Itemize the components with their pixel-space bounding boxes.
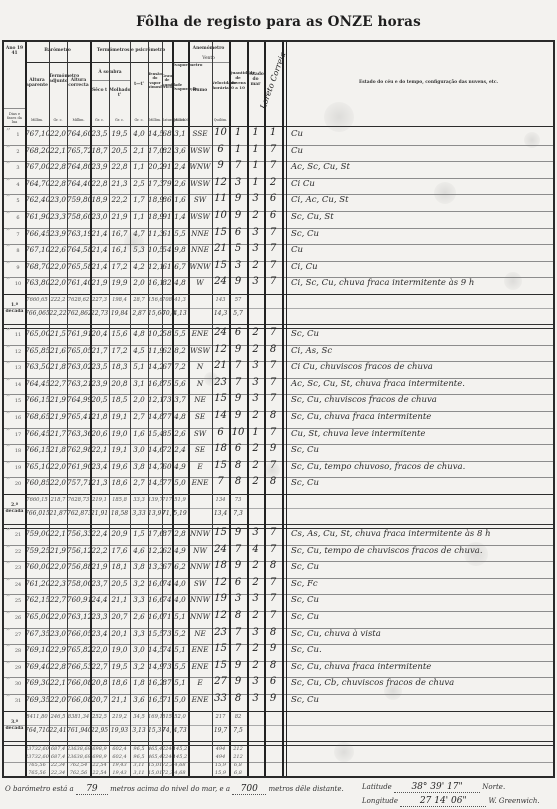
cell-evap: 3,6 [172, 146, 188, 155]
cell-tadj: 22,3 [49, 579, 67, 588]
cell-obs: 8 [264, 660, 282, 671]
cell-tadj: 22,0 [49, 612, 67, 621]
cell-seco: 23,5 [90, 362, 109, 371]
cell-grau: 82 [162, 146, 172, 155]
register-sheet: Ano 19 41Dias e fases da luaBarómetroAlt… [2, 40, 555, 778]
cell-seco: 22,4 [90, 529, 109, 538]
cell-tadj: 22,0 [49, 478, 67, 487]
cell-dt: 3,2 [130, 662, 148, 671]
cell-molh: 18,6 [109, 678, 130, 687]
cell-rumo: ENE [188, 695, 212, 704]
table-row: ”10763,8022,0761,4021,919,92,016,1824,8W… [4, 277, 553, 293]
cell-molh: 18,3 [109, 362, 130, 371]
cell-obs: 7 [264, 577, 282, 588]
cell-dt: 2,5 [130, 179, 148, 188]
monthly-value: 23638,69 [67, 754, 90, 760]
cell-dt: 1,8 [130, 678, 148, 687]
cell-rumo: ENE [188, 478, 212, 487]
day-number: 27 [11, 632, 25, 638]
cell-tadj: 22,6 [49, 245, 67, 254]
decade-sum: 198,4 [109, 297, 130, 303]
cell-vel: 11 [212, 193, 229, 204]
ditto-mark: ” [6, 661, 11, 671]
cell-corr: 763,36 [67, 429, 90, 438]
header-unit: Millim. [148, 118, 162, 123]
cell-nuv: 1 [229, 144, 247, 155]
sky-remark: Sc, Cu, chuviscos fracos de chuva [291, 395, 437, 405]
cell-corr: 763,19 [67, 229, 90, 238]
monthly-value: 15,01 [148, 770, 162, 776]
cell-tens: 10,2 [148, 329, 162, 338]
cell-rumo: SE [188, 412, 212, 421]
cell-corr: 758,00 [67, 579, 90, 588]
sky-remark: Sc, Cu [291, 595, 319, 605]
decade-mean: 15,37 [148, 727, 162, 734]
cell-dt: 3,8 [130, 562, 148, 571]
cell-rumo: NNE [188, 245, 212, 254]
cell-dt: 3,0 [130, 645, 148, 654]
cell-seco: 20,6 [90, 429, 109, 438]
monthly-value: 96,5 [130, 746, 148, 752]
cell-alt: 766,45 [25, 229, 49, 238]
decade-sum: 156,6 [148, 297, 162, 303]
sky-remark: Sc, Cu [291, 229, 319, 239]
decade-sum: 7660,15 [25, 497, 49, 503]
cell-grau: 77 [162, 478, 172, 487]
cell-alt: 763,80 [25, 278, 49, 287]
decade-label: 3.ª década [4, 720, 25, 732]
cell-rumo: W [188, 278, 212, 287]
cell-corr: 756,33 [67, 529, 90, 538]
ditto-mark: ” [6, 611, 11, 621]
cell-rumo: WSW [188, 346, 212, 355]
cell-mar: 3 [247, 227, 264, 238]
decade-sum: 139,7 [148, 497, 162, 503]
cell-rumo: NNW [188, 595, 212, 604]
monthly-value: 212 [229, 746, 247, 752]
cell-seco: 21,4 [90, 262, 109, 271]
decade-mean: 762,873 [67, 510, 90, 517]
cell-corr: 765,58 [67, 262, 90, 271]
decade-label: 1.ª década [4, 303, 25, 315]
monthly-value: 698,9 [90, 754, 109, 760]
cell-obs: 7 [264, 377, 282, 388]
cell-evap: 5,1 [172, 612, 188, 621]
decade-mean: 18,58 [109, 510, 130, 517]
cell-obs: 7 [264, 276, 282, 287]
cell-molh: 21,3 [109, 179, 130, 188]
cell-obs: 7 [264, 593, 282, 604]
cell-mar: 1 [247, 427, 264, 438]
sky-remark: Sc, Cu, chuva fraca intermitente [291, 412, 431, 422]
decade-sum: 7660,65 [25, 297, 49, 303]
decade-sum: 134 [212, 497, 229, 503]
decade-mean: 19,7 [212, 727, 229, 734]
cell-evap: 9,8 [172, 245, 188, 254]
cell-rumo: E [188, 678, 212, 687]
cell-tens: 14,5 [148, 129, 162, 138]
cell-mar: 3 [247, 193, 264, 204]
sky-remark: Sc, Cu [291, 478, 319, 488]
cell-mar: 2 [247, 610, 264, 621]
cell-dt: 3,1 [130, 379, 148, 388]
longitude-label: Longitude [362, 797, 398, 805]
cell-grau: 79 [162, 179, 172, 188]
monthly-value: 2240 [162, 754, 172, 760]
day-number: 21 [11, 532, 25, 538]
cell-corr: 764,40 [67, 179, 90, 188]
cell-nuv: 9 [229, 527, 247, 538]
longitude-line: Longitude 27 14' 06" W. Greenwich. [362, 796, 540, 807]
cell-obs: 7 [264, 544, 282, 555]
cell-obs: 9 [264, 693, 282, 704]
day-number: 9 [11, 265, 25, 271]
cell-vel: 23 [212, 627, 229, 638]
cell-evap: 2,6 [172, 179, 188, 188]
cell-alt: 769,10 [25, 645, 49, 654]
table-row: ”8767,1022,6764,5821,416,15,310,5549,8NN… [4, 244, 553, 260]
table-row: ”18766,1521,8762,9822,119,13,014,6722,4S… [4, 444, 553, 460]
cell-evap: 1,4 [172, 212, 188, 221]
cell-obs: 6 [264, 193, 282, 204]
cell-obs: 9 [264, 643, 282, 654]
cell-seco: 21,7 [90, 346, 109, 355]
barometer-prefix: O barómetro está a [5, 785, 74, 793]
cell-corr: 761,90 [67, 462, 90, 471]
cell-rumo: NNE [188, 229, 212, 238]
decade-mean: 761,940 [67, 727, 90, 734]
cell-mar: 2 [247, 443, 264, 454]
sky-remark: Ci, Sc, Cu, chuva fraca intermitente às … [291, 278, 474, 288]
cell-seco: 20,4 [90, 329, 109, 338]
cell-vel: 14 [212, 410, 229, 421]
decade-sum: 222,2 [49, 297, 67, 303]
barometer-altitude: 79 [76, 784, 108, 795]
cell-tadj: 21,9 [49, 412, 67, 421]
cell-dt: 2,7 [130, 478, 148, 487]
cell-evap: 4,8 [172, 412, 188, 421]
header-unit: Gr. c. [49, 118, 67, 123]
day-number: 20 [11, 481, 25, 487]
cell-mar: 3 [247, 377, 264, 388]
sky-remark: Sc, Cu, chuva à vista [291, 629, 381, 639]
table-row: ”4764,7022,8764,4022,821,32,517,3792,6WS… [4, 178, 553, 194]
sky-remark: Ci, Ac, Cu, St [291, 195, 349, 205]
cell-rumo: N [188, 362, 212, 371]
cell-tadj: 21,9 [49, 395, 67, 404]
cell-alt: 759,00 [25, 529, 49, 538]
cell-rumo: SSE [188, 129, 212, 138]
cell-grau: 62 [162, 546, 172, 555]
decade-sum: 82 [229, 714, 247, 720]
cell-nuv: 7 [229, 544, 247, 555]
cell-rumo: NNW [188, 562, 212, 571]
column-rule [162, 42, 163, 776]
cell-rumo: WSW [188, 212, 212, 221]
decade-mean: 21,87 [49, 510, 67, 517]
cell-tens: 17,0 [148, 146, 162, 155]
monthly-mid-rule [4, 762, 553, 763]
cell-dt: 2,7 [130, 412, 148, 421]
decade-mean: 13,4 [212, 510, 229, 517]
cell-obs: 8 [264, 560, 282, 571]
monthly-value: 15,9 [212, 770, 229, 776]
day-number: 12 [11, 349, 25, 355]
ditto-mark: ” [6, 528, 11, 538]
cell-grau: 61 [162, 262, 172, 271]
monthly-value: 212 [229, 754, 247, 760]
cell-molh: 21,1 [109, 695, 130, 704]
decade-mean: 13,97 [148, 510, 162, 517]
cell-alt: 769,35 [25, 695, 49, 704]
monthly-value: 602,4 [109, 746, 130, 752]
decade-mid-rule [4, 508, 553, 509]
cell-grau: 74 [162, 579, 172, 588]
cell-seco: 23,7 [90, 579, 109, 588]
cell-tens: 14,8 [148, 412, 162, 421]
monthly-value: 494 [212, 754, 229, 760]
day-number: 1 [11, 132, 25, 138]
cell-tadj: 22,1 [49, 146, 67, 155]
cell-tens: 18,9 [148, 195, 162, 204]
table-row: ”31769,3522,0766,0820,721,13,616,5715,0E… [4, 694, 553, 710]
cell-grau: 54 [162, 245, 172, 254]
cell-seco: 23,5 [90, 129, 109, 138]
day-number: 18 [11, 448, 25, 454]
cell-nuv: 8 [229, 460, 247, 471]
cell-dt: 4,8 [130, 329, 148, 338]
table-row: ”27767,3523,0766,0523,420,13,315,5735,2N… [4, 628, 553, 644]
cell-molh: 17,2 [109, 346, 130, 355]
header-termometros: Termómetros e psicrómetro [90, 48, 172, 53]
cell-mar: 2 [247, 344, 264, 355]
latitude-label: Latitude [362, 783, 392, 791]
header-a-sombra: À sombra [90, 70, 130, 75]
cell-tadj: 22,8 [49, 162, 67, 171]
cell-obs: 6 [264, 676, 282, 687]
cell-seco: 20,8 [90, 678, 109, 687]
day-number: 29 [11, 665, 25, 671]
cell-corr: 758,60 [67, 212, 90, 221]
cell-tadj: 23,9 [49, 229, 67, 238]
cell-molh: 22,2 [109, 195, 130, 204]
cell-rumo: WNW [188, 262, 212, 271]
table-row: ”5762,4023,0759,8018,922,21,718,9861,6SW… [4, 194, 553, 210]
header-estado-ceu: Estado do céu e do tempo, configuração d… [304, 80, 553, 85]
ditto-mark: ” [6, 361, 11, 371]
day-number: 2 [11, 149, 25, 155]
cell-evap: 4,9 [172, 546, 188, 555]
cell-seco: 22,1 [90, 445, 109, 454]
cell-mar: 3 [247, 527, 264, 538]
cell-rumo: SW [188, 429, 212, 438]
cell-obs: 7 [264, 393, 282, 404]
decade-mean: 22,95 [90, 727, 109, 734]
table-row: ”1767,1022,0764,6023,519,54,014,5683,1SS… [4, 128, 553, 144]
cell-nuv: 7 [229, 627, 247, 638]
decade-mean: 22,22 [49, 310, 67, 317]
sky-remark: Sc, Cu [291, 612, 319, 622]
monthly-value: 23638,69 [67, 746, 90, 752]
table-row: ”29769,4022,8766,5322,719,53,214,9735,5E… [4, 661, 553, 677]
cell-obs: 8 [264, 627, 282, 638]
cell-alt: 762,15 [25, 595, 49, 604]
cell-mar: 2 [247, 560, 264, 571]
column-rule [130, 42, 131, 776]
ditto-mark: ” [6, 477, 11, 487]
decade-sum: 169,1 [148, 714, 162, 720]
sky-remark: Sc, Cu. [291, 645, 322, 655]
cell-tens: 15,4 [148, 429, 162, 438]
cell-corr: 766,08 [67, 695, 90, 704]
cell-evap: 5,6 [172, 379, 188, 388]
cell-obs: 7 [264, 360, 282, 371]
monthly-value: 3,11 [130, 770, 148, 776]
cell-seco: 18,7 [90, 146, 109, 155]
cell-alt: 763,50 [25, 362, 49, 371]
cell-dt: 3,6 [130, 695, 148, 704]
table-row: ”17766,4521,7763,3620,619,01,615,4852,6S… [4, 428, 553, 444]
cell-nuv: 9 [229, 276, 247, 287]
cell-seco: 18,9 [90, 195, 109, 204]
cell-grau: 74 [162, 595, 172, 604]
cell-alt: 768,20 [25, 146, 49, 155]
monthly-value: 602,4 [109, 754, 130, 760]
ditto-mark: ” [6, 194, 11, 204]
table-row: ”21759,0022,1756,3322,420,91,517,6872,8N… [4, 528, 553, 544]
cell-tens: 16,6 [148, 595, 162, 604]
header-molhado: Molhado t' [109, 88, 130, 98]
barometer-note: O barómetro está a 79 metros acima do ni… [5, 784, 344, 795]
cell-alt: 765,85 [25, 346, 49, 355]
cell-rumo: NNW [188, 529, 212, 538]
decade-mean: 4,13 [172, 310, 188, 317]
cell-nuv: 10 [229, 427, 247, 438]
header-quantidade-nuvens: Quantidade de nuvens 0 a 10 [229, 70, 247, 90]
cell-nuv: 8 [229, 476, 247, 487]
cell-vel: 21 [212, 243, 229, 254]
decade-mid-rule [4, 725, 553, 726]
cell-tadj: 22,1 [49, 529, 67, 538]
cell-nuv: 3 [229, 177, 247, 188]
cell-grau: 71 [162, 612, 172, 621]
column-rule [49, 42, 50, 776]
cell-nuv: 7 [229, 360, 247, 371]
decade-sum: 708 [162, 297, 172, 303]
sky-remark: Sc, Cu, St [291, 212, 334, 222]
monthly-value: 465,4 [148, 754, 162, 760]
cell-rumo: NNW [188, 612, 212, 621]
cell-tens: 12,1 [148, 395, 162, 404]
cell-nuv: 1 [229, 127, 247, 138]
cell-seco: 23,9 [90, 379, 109, 388]
cell-seco: 21,3 [90, 478, 109, 487]
cell-vel: 15 [212, 260, 229, 271]
cell-tens: 16,2 [148, 678, 162, 687]
cell-molh: 19,0 [109, 645, 130, 654]
cell-molh: 20,5 [109, 146, 130, 155]
cell-evap: 4,0 [172, 579, 188, 588]
monthly-value: 762,56 [67, 770, 90, 776]
cell-evap: 1,6 [172, 195, 188, 204]
ditto-mark: ” [6, 145, 11, 155]
cell-dt: 2,1 [130, 146, 148, 155]
cell-dt: 1,1 [130, 162, 148, 171]
cell-alt: 767,10 [25, 245, 49, 254]
cell-dt: 3,8 [130, 462, 148, 471]
cell-tadj: 22,0 [49, 262, 67, 271]
cell-vel: 15 [212, 393, 229, 404]
monthly-value: 96,5 [130, 754, 148, 760]
cell-corr: 764,99 [67, 395, 90, 404]
ditto-mark: ” [6, 378, 11, 388]
column-rule [172, 42, 174, 776]
decade-mean: 766,015 [25, 510, 49, 517]
cell-nuv: 9 [229, 660, 247, 671]
cell-mar: 4 [247, 544, 264, 555]
header-estado-mar: Estado do mar [247, 72, 264, 87]
cell-vel: 10 [212, 127, 229, 138]
monthly-value: 23732,60 [25, 746, 49, 752]
header-rule [4, 108, 25, 109]
decade-rule [4, 494, 553, 495]
cell-grau: 87 [162, 529, 172, 538]
cell-grau: 68 [162, 129, 172, 138]
cell-tadj: 23,0 [49, 629, 67, 638]
cell-vel: 19 [212, 593, 229, 604]
day-number: 26 [11, 615, 25, 621]
cell-evap: 3,7 [172, 395, 188, 404]
day-number: 14 [11, 382, 25, 388]
cell-nuv: 8 [229, 610, 247, 621]
cell-grau: 72 [162, 445, 172, 454]
cell-molh: 18,6 [109, 478, 130, 487]
cell-obs: 7 [264, 260, 282, 271]
header-t-minus: t—t' [130, 82, 148, 87]
cell-vel: 15 [212, 527, 229, 538]
cell-dt: 1,5 [130, 529, 148, 538]
day-number: 4 [11, 182, 25, 188]
header-unit: Millim. [25, 118, 49, 123]
monthly-value: 687,4 [49, 754, 67, 760]
cell-mar: 3 [247, 243, 264, 254]
cell-grau: 73 [162, 662, 172, 671]
decade-mean: 22,73 [90, 310, 109, 317]
sky-remark: Cs, As, Cu, St, chuva fraca intermitente… [291, 529, 491, 539]
cell-vel: 33 [212, 693, 229, 704]
decade-label: 2.ª década [4, 503, 25, 515]
ditto-mark: ” [6, 461, 11, 471]
cell-alt: 760,00 [25, 562, 49, 571]
cell-tens: 16,0 [148, 612, 162, 621]
cell-mar: 3 [247, 693, 264, 704]
barometer-middle: metros acima do nivel do mar, e a [110, 785, 230, 793]
cell-tens: 16,5 [148, 695, 162, 704]
cell-rumo: SE [188, 445, 212, 454]
sky-remark: Sc, Cu [291, 329, 319, 339]
decade-sum: 217 [212, 714, 229, 720]
monthly-value: 687,4 [49, 746, 67, 752]
column-rule [247, 42, 249, 776]
cell-dt: 3,3 [130, 629, 148, 638]
cell-seco: 23,4 [90, 629, 109, 638]
cell-tadj: 21,6 [49, 346, 67, 355]
cell-corr: 756,12 [67, 546, 90, 555]
column-rule [212, 42, 213, 776]
header-rule [188, 62, 229, 63]
cell-grau: 61 [162, 229, 172, 238]
cell-vel: 15 [212, 660, 229, 671]
